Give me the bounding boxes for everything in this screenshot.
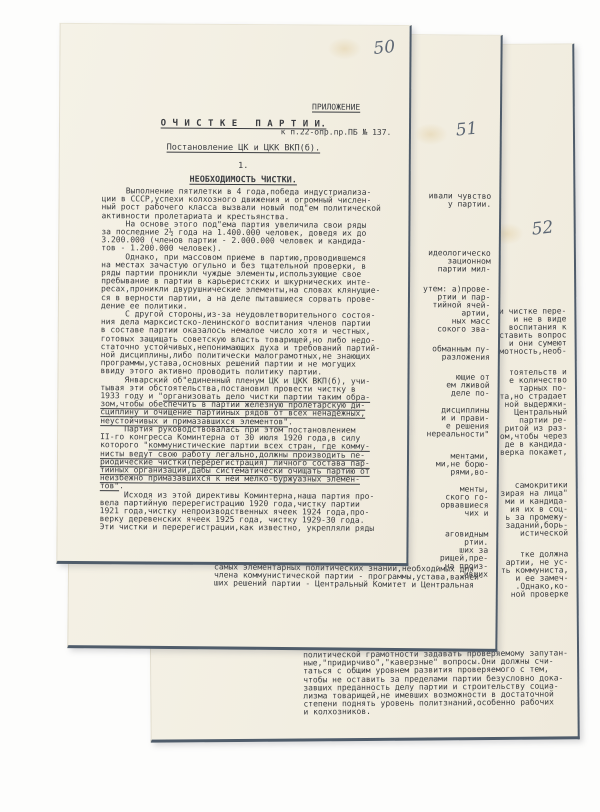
typed-line: ших решений партии - Центральный Комитет… xyxy=(214,580,484,591)
edge-text-fragment: партии мил- xyxy=(438,265,491,274)
edge-text-fragment: нереальности" xyxy=(427,430,490,439)
page51-bottom-text: самых элементарных политических знаний,н… xyxy=(214,563,484,590)
document-subtitle: Постановление ЦК и ЦКК ВКП(б). xyxy=(90,143,397,153)
annotation-line1: ПРИЛОЖЕНИЕ xyxy=(267,104,405,113)
annotation-line2: к п.22-опр.пр.ПБ № 137. xyxy=(267,128,405,137)
edge-text-fragment: рями,во- xyxy=(450,468,489,477)
underlined-text: неизбежно примазавшихся к ней мелко-бурж… xyxy=(100,473,360,484)
edge-text-fragment: ной проверке xyxy=(511,590,569,599)
edge-text-fragment: разложения xyxy=(442,353,490,362)
edge-text-fragment: у партии. xyxy=(448,200,491,209)
page-50: 50 ПРИЛОЖЕНИЕ к п.22-опр.пр.ПБ № 137. О … xyxy=(56,23,411,566)
edge-text-fragment: деле по- xyxy=(451,389,490,398)
edge-text-fragment: истической xyxy=(520,529,568,538)
edge-text-fragment: верка покажет, xyxy=(500,448,567,457)
typed-line: Эти чистки и перерегистрации,как известн… xyxy=(100,524,405,534)
section-number: 1. xyxy=(90,161,397,171)
handwritten-page-number-50: 50 xyxy=(373,37,397,59)
typed-line: и колхозников. xyxy=(303,707,568,717)
edge-text-fragment: сокого зва- xyxy=(437,325,490,334)
page50-body: Выполнение пятилетки в 4 года,победа инд… xyxy=(100,187,407,533)
edge-text-fragment: чих и xyxy=(464,510,488,518)
typed-text: . xyxy=(119,482,124,491)
handwritten-page-number-52: 52 xyxy=(531,217,555,239)
document-title: О Ч И С Т К Е П А Р Т И И. xyxy=(90,119,397,129)
page52-bottom-text: политической грамотности задавать провер… xyxy=(303,649,568,717)
edge-text-fragment: мотность,необ- xyxy=(499,347,566,356)
handwritten-page-number-51: 51 xyxy=(455,119,478,141)
section-title: НЕОБХОДИМОСТЬ ЧИСТКИ. xyxy=(90,175,397,185)
scanned-document: 52 и чистке пере-и не в видевоспитания к… xyxy=(0,0,600,812)
